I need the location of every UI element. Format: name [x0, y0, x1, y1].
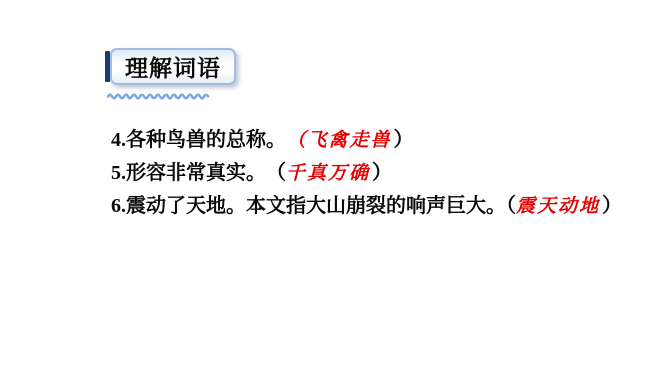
title-box: 理解词语: [105, 48, 236, 85]
closing-paren: ）: [372, 162, 392, 184]
wavy-underline-icon: [107, 87, 211, 96]
title-pill: 理解词语: [110, 48, 236, 85]
page-title: 理解词语: [125, 50, 221, 83]
definition-text: 5.形容非常真实。 （: [111, 162, 286, 184]
definition-item-4: 4.各种鸟兽的总称。 （飞禽走兽）: [111, 124, 651, 157]
definition-text: 4.各种鸟兽的总称。: [111, 129, 296, 151]
definition-list: 4.各种鸟兽的总称。 （飞禽走兽） 5.形容非常真实。 （千真万确） 6.震动了…: [111, 124, 651, 223]
answer-text: 千真万确: [286, 162, 370, 184]
answer-text: 震天动地: [516, 195, 600, 217]
definition-item-5: 5.形容非常真实。 （千真万确）: [111, 157, 651, 190]
closing-paren: ）: [602, 195, 622, 217]
definition-item-6: 6.震动了天地。本文指大山崩裂的响声巨大。（震天动地）: [111, 190, 651, 223]
answer-text: （飞禽走兽: [296, 129, 392, 151]
definition-text: 6.震动了天地。本文指大山崩裂的响声巨大。（: [111, 195, 516, 217]
slide: 理解词语 4.各种鸟兽的总称。 （飞禽走兽） 5.形容非常真实。 （千真万确） …: [0, 0, 668, 376]
closing-paren: ）: [394, 129, 414, 151]
